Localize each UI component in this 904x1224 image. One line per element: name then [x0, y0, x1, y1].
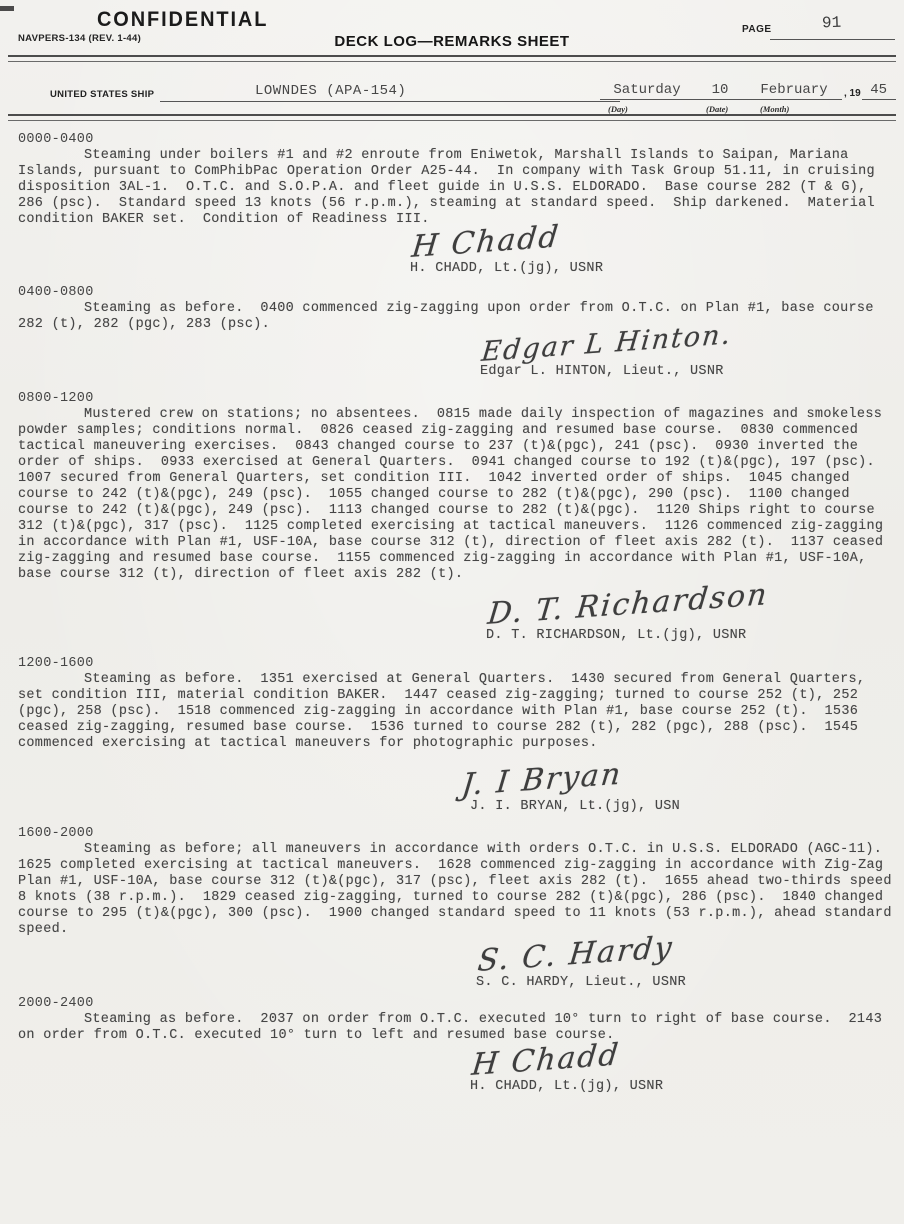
entry-text: Steaming as before. 2037 on order from O… [18, 1012, 894, 1044]
year-prefix: , 19 [842, 88, 862, 100]
scan-artifact [0, 6, 14, 11]
typed-signature: J. I. BRYAN, Lt.(jg), USN [470, 799, 894, 814]
date-sublabels: (Day) (Date) (Month) [600, 104, 856, 114]
entry-time-range: 1600-2000 [18, 826, 894, 842]
typed-signature: S. C. HARDY, Lieut., USNR [476, 975, 894, 990]
handwritten-signature: H Chadd [470, 1037, 622, 1083]
signature-block: S. C. Hardy S. C. HARDY, Lieut., USNR [476, 944, 894, 990]
typed-signature: D. T. RICHARDSON, Lt.(jg), USNR [486, 628, 894, 643]
signature-block: D. T. Richardson D. T. RICHARDSON, Lt.(j… [486, 597, 894, 643]
log-entry-1600-2000: 1600-2000 Steaming as before; all maneuv… [18, 826, 894, 990]
classification-stamp: CONFIDENTIAL [97, 8, 268, 32]
divider-rule-top [8, 55, 896, 62]
log-entries: 0000-0400 Steaming under boilers #1 and … [18, 128, 894, 1094]
ship-name: LOWNDES (APA-154) [255, 83, 406, 99]
date-value: 10 [694, 82, 746, 100]
handwritten-signature: D. T. Richardson [486, 577, 770, 632]
log-entry-0800-1200: 0800-1200 Mustered crew on stations; no … [18, 391, 894, 643]
entry-time-range: 0000-0400 [18, 132, 894, 148]
entry-time-range: 0400-0800 [18, 285, 894, 301]
log-entry-1200-1600: 1200-1600 Steaming as before. 1351 exerc… [18, 656, 894, 814]
log-entry-0400-0800: 0400-0800 Steaming as before. 0400 comme… [18, 285, 894, 379]
day-label: (Day) [600, 104, 702, 114]
entry-text: Steaming under boilers #1 and #2 enroute… [18, 148, 894, 228]
signature-block: H Chadd H. CHADD, Lt.(jg), USNR [470, 1048, 894, 1094]
signature-block: J. I Bryan J. I. BRYAN, Lt.(jg), USN [470, 768, 894, 814]
log-entry-0000-0400: 0000-0400 Steaming under boilers #1 and … [18, 132, 894, 276]
document-title: DECK LOG—REMARKS SHEET [0, 33, 904, 50]
entry-text: Steaming as before. 1351 exercised at Ge… [18, 672, 894, 752]
page-number: 91 [822, 14, 842, 33]
deck-log-remarks-sheet: CONFIDENTIAL PAGE 91 NAVPERS-134 (REV. 1… [0, 0, 904, 1224]
handwritten-signature: J. I Bryan [460, 756, 624, 803]
typed-signature: Edgar L. HINTON, Lieut., USNR [480, 364, 894, 379]
signature-block: Edgar L Hinton. Edgar L. HINTON, Lieut.,… [480, 337, 894, 379]
entry-time-range: 0800-1200 [18, 391, 894, 407]
year-value: 45 [862, 82, 896, 100]
ship-name-underline [160, 101, 620, 102]
day-value: Saturday [600, 82, 694, 100]
divider-rule-bottom [8, 114, 896, 121]
log-entry-2000-2400: 2000-2400 Steaming as before. 2037 on or… [18, 996, 894, 1094]
typed-signature: H. CHADD, Lt.(jg), USNR [410, 261, 894, 276]
month-value: February [746, 82, 842, 100]
entry-time-range: 1200-1600 [18, 656, 894, 672]
entry-text: Steaming as before; all maneuvers in acc… [18, 842, 894, 938]
signature-block: H Chadd H. CHADD, Lt.(jg), USNR [410, 230, 894, 276]
month-label: (Month) [756, 104, 856, 114]
entry-time-range: 2000-2400 [18, 996, 894, 1012]
ship-label: UNITED STATES SHIP [50, 89, 154, 100]
entry-text: Mustered crew on stations; no absentees.… [18, 407, 894, 583]
date-label: (Date) [702, 104, 756, 114]
date-group: Saturday 10 February , 19 45 [600, 82, 896, 100]
typed-signature: H. CHADD, Lt.(jg), USNR [470, 1079, 894, 1094]
entry-text: Steaming as before. 0400 commenced zig-z… [18, 301, 894, 333]
